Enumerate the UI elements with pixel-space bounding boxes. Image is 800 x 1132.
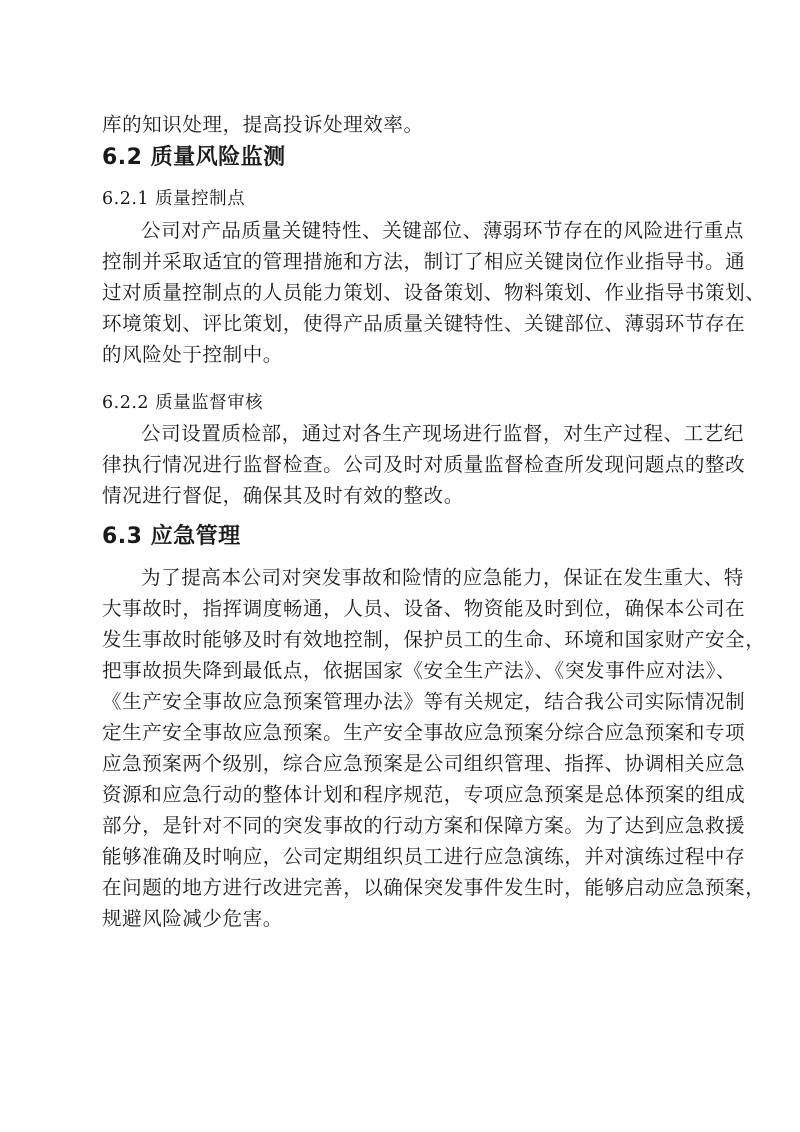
paragraph-line: 公司设置质检部，通过对各生产现场进行监督，对生产过程、工艺纪 (141, 422, 744, 446)
paragraph-line: 库的知识处理，提高投诉处理效率。 (102, 113, 424, 137)
paragraph-line: 应急预案两个级别，综合应急预案是公司组织管理、指挥、协调相关应急 (102, 752, 745, 776)
paragraph-line: 在问题的地方进行改进完善，以确保突发事件发生时，能够启动应急预案， (102, 876, 765, 900)
paragraph-line: 部分，是针对不同的突发事故的行动方案和保障方案。为了达到应急救援 (102, 814, 745, 838)
paragraph-line: 发生事故时能够及时有效地控制，保护员工的生命、环境和国家财产安全， (102, 628, 765, 652)
paragraph-line: 能够准确及时响应，公司定期组织员工进行应急演练，并对演练过程中存 (102, 845, 745, 869)
paragraph-line: 为了提高本公司对突发事故和险情的应急能力，保证在发生重大、特 (141, 566, 744, 590)
subsection-heading-6-2-1: 6.2.1 质量控制点 (102, 187, 245, 211)
paragraph-line: 定生产安全事故应急预案。生产安全事故应急预案分综合应急预案和专项 (102, 721, 745, 745)
paragraph-line: 公司对产品质量关键特性、关键部位、薄弱环节存在的风险进行重点 (141, 219, 744, 243)
paragraph-line: 把事故损失降到最低点，依据国家《安全生产法》、《突发事件应对法》、 (102, 659, 736, 683)
paragraph-line: 的风险处于控制中。 (102, 343, 283, 367)
paragraph-line: 资源和应急行动的整体计划和程序规范，专项应急预案是总体预案的组成 (102, 783, 745, 807)
subsection-heading-6-2-2: 6.2.2 质量监督审核 (102, 391, 263, 415)
paragraph-line: 过对质量控制点的人员能力策划、设备策划、物料策划、作业指导书策划、 (102, 281, 765, 305)
paragraph-line: 律执行情况进行监督检查。公司及时对质量监督检查所发现问题点的整改 (102, 453, 745, 477)
section-heading-6-3: 6.3 应急管理 (102, 523, 241, 551)
document-page: 库的知识处理，提高投诉处理效率。 6.2 质量风险监测 6.2.1 质量控制点 … (0, 0, 800, 1132)
paragraph-line: 控制并采取适宜的管理措施和方法，制订了相应关键岗位作业指导书。通 (102, 250, 745, 274)
paragraph-line: 情况进行督促，确保其及时有效的整改。 (102, 484, 464, 508)
paragraph-line: 大事故时，指挥调度畅通，人员、设备、物资能及时到位，确保本公司在 (102, 597, 745, 621)
paragraph-line: 环境策划、评比策划，使得产品质量关键特性、关键部位、薄弱环节存在 (102, 312, 745, 336)
paragraph-line: 《生产安全事故应急预案管理办法》等有关规定，结合我公司实际情况制 (102, 690, 745, 714)
section-heading-6-2: 6.2 质量风险监测 (102, 144, 286, 172)
paragraph-line: 规避风险减少危害。 (102, 907, 283, 931)
